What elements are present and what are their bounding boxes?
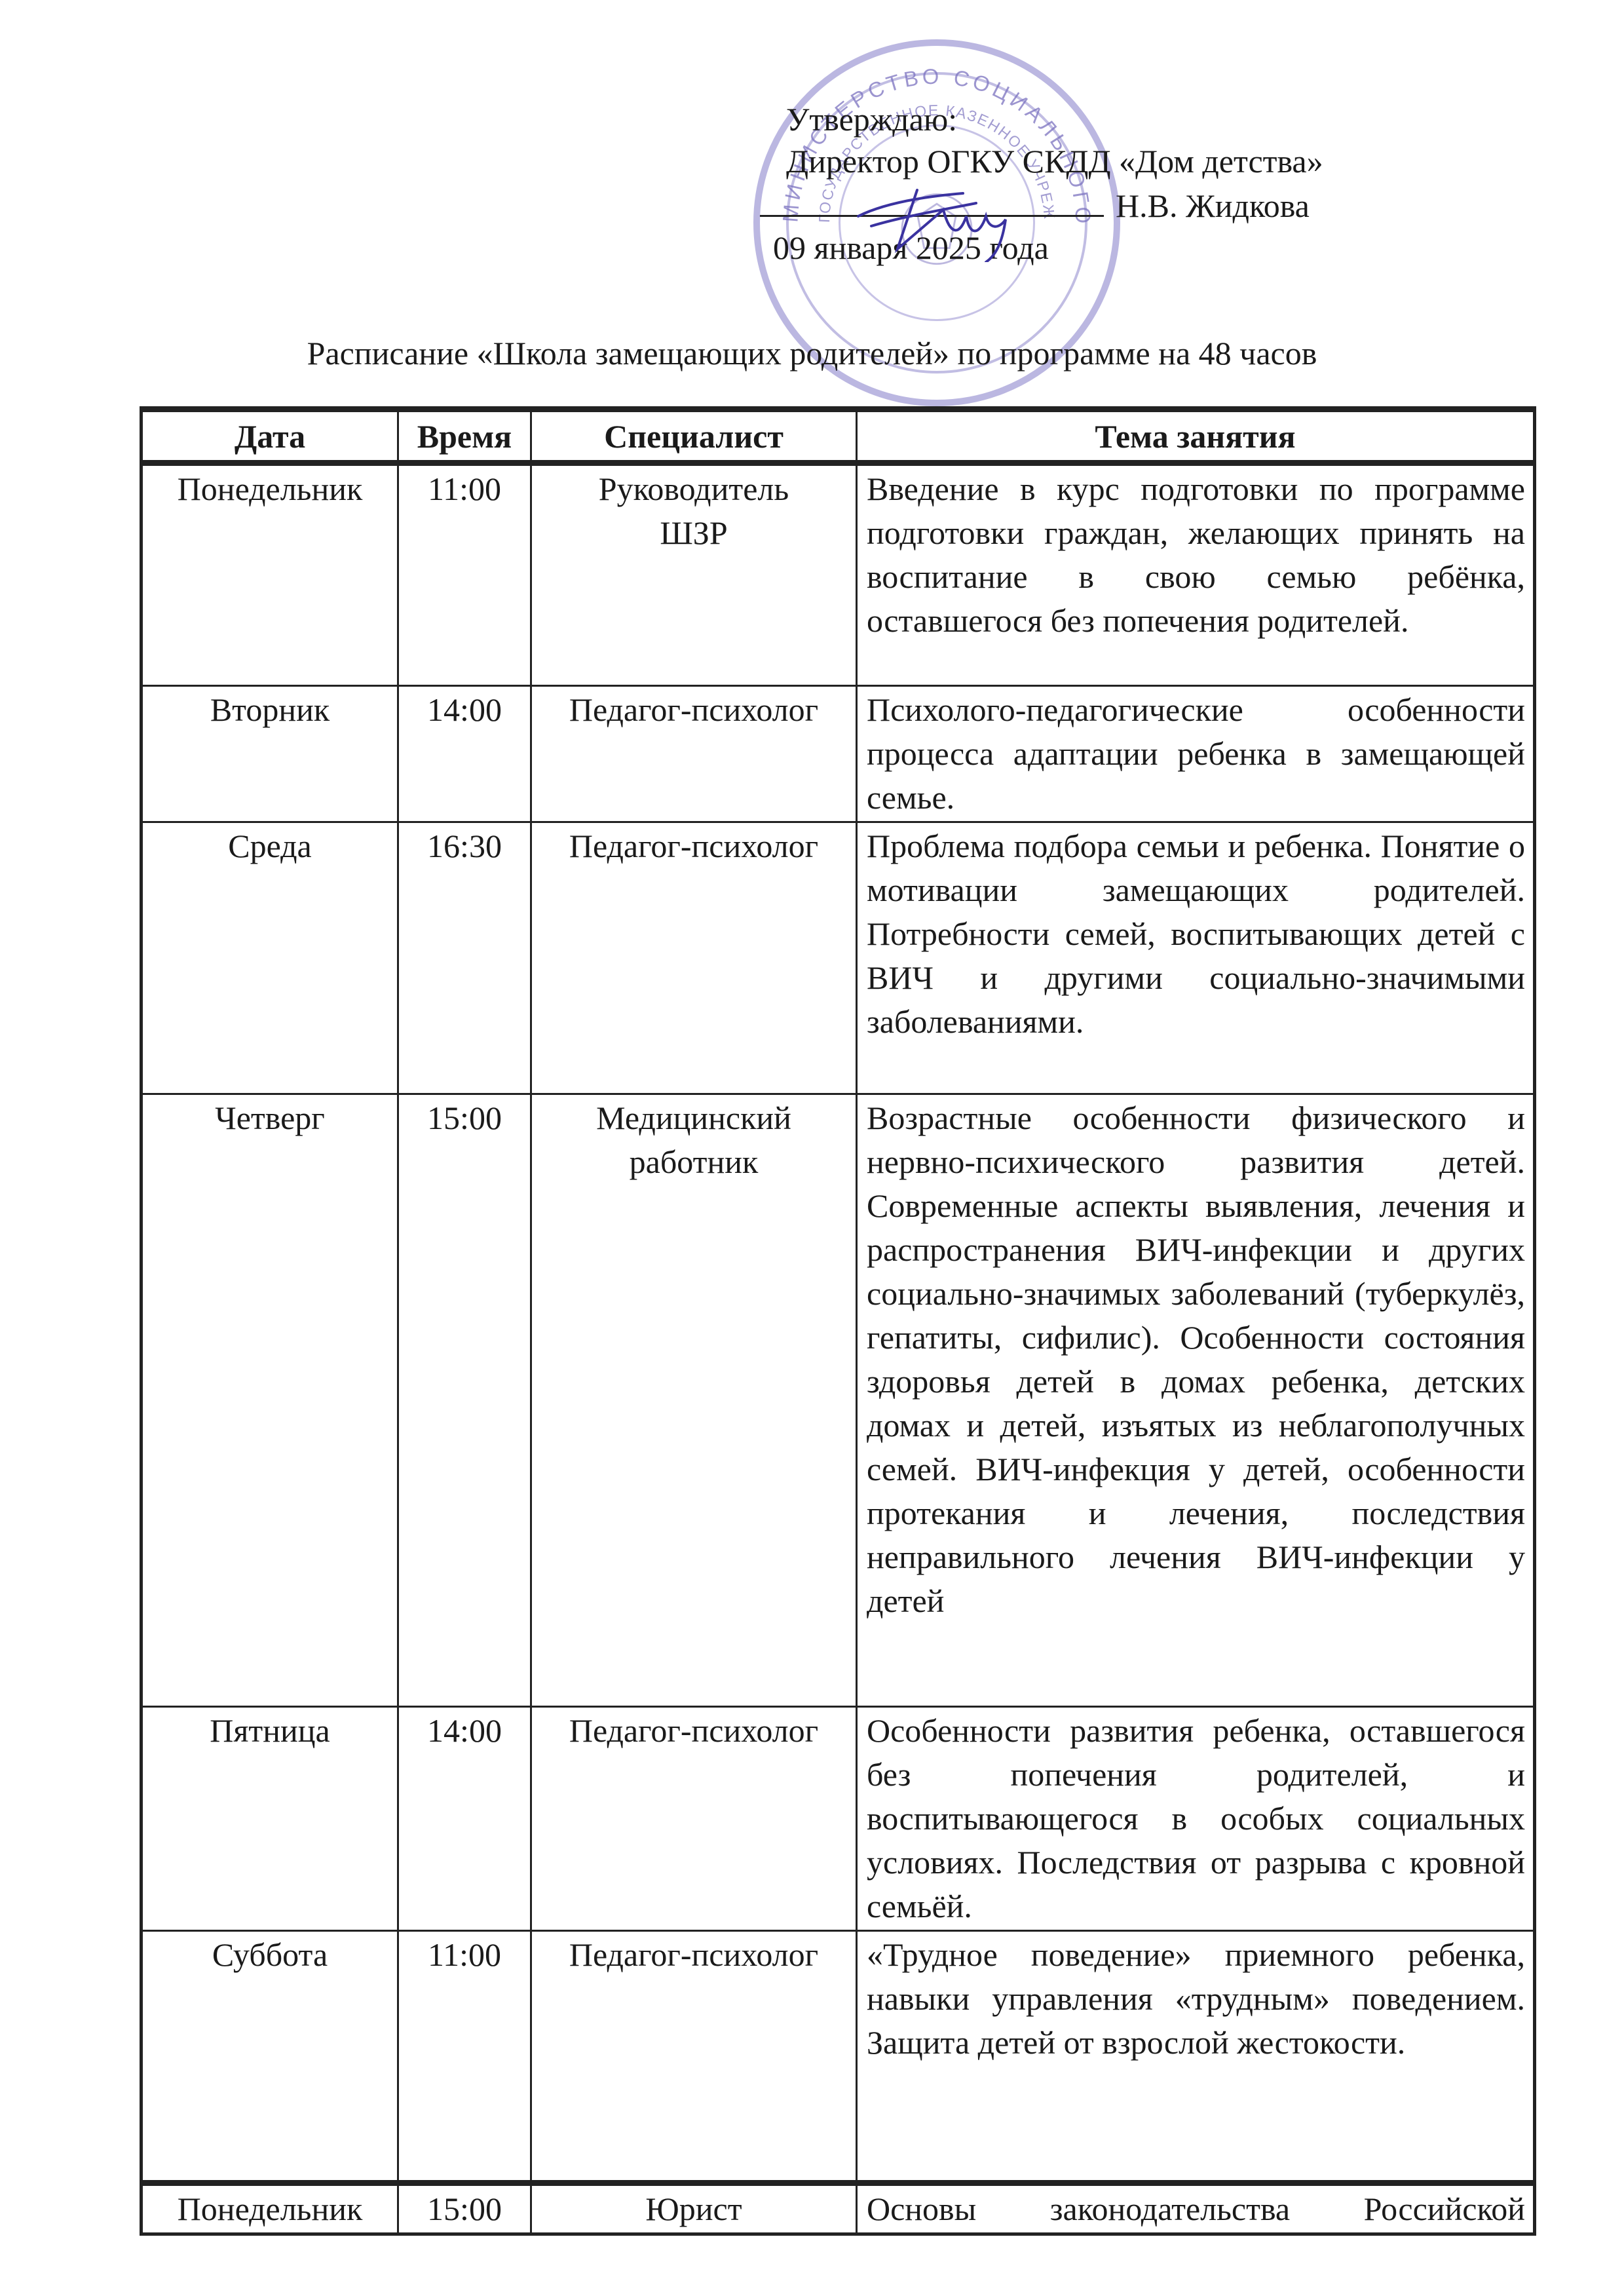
schedule-table: Дата Время Специалист Тема занятия Понед… xyxy=(140,406,1536,2236)
column-header-specialist: Специалист xyxy=(531,410,857,463)
cell-day: Понедельник xyxy=(142,463,398,686)
cell-specialist: Педагог-психолог xyxy=(531,1707,857,1931)
table-row: Понедельник 11:00 Руководитель ШЗР Введе… xyxy=(142,463,1535,686)
cell-time: 14:00 xyxy=(398,686,531,822)
cell-day: Понедельник xyxy=(142,2183,398,2234)
cell-time: 15:00 xyxy=(398,2183,531,2234)
cell-day: Суббота xyxy=(142,1931,398,2183)
cell-topic: Проблема подбора семьи и ребенка. Поняти… xyxy=(857,822,1535,1094)
cell-time: 11:00 xyxy=(398,1931,531,2183)
cell-specialist: Педагог-психолог xyxy=(531,686,857,822)
cell-topic: Введение в курс подготовки по программе … xyxy=(857,463,1535,686)
cell-specialist: Педагог-психолог xyxy=(531,822,857,1094)
document-title: Расписание «Школа замещающих родителей» … xyxy=(0,334,1624,372)
column-header-time: Время xyxy=(398,410,531,463)
cell-time: 15:00 xyxy=(398,1094,531,1707)
table-row: Вторник 14:00 Педагог-психолог Психолого… xyxy=(142,686,1535,822)
table-row: Понедельник 15:00 Юрист Основы законодат… xyxy=(142,2183,1535,2234)
approve-label: Утверждаю: xyxy=(760,98,1323,140)
cell-time: 11:00 xyxy=(398,463,531,686)
table-row: Суббота 11:00 Педагог-психолог «Трудное … xyxy=(142,1931,1535,2183)
column-header-topic: Тема занятия xyxy=(857,410,1535,463)
cell-topic: «Трудное поведение» приемного ребенка, н… xyxy=(857,1931,1535,2183)
table-row: Пятница 14:00 Педагог-психолог Особеннос… xyxy=(142,1707,1535,1931)
cell-specialist: Юрист xyxy=(531,2183,857,2234)
cell-time: 16:30 xyxy=(398,822,531,1094)
column-header-date: Дата xyxy=(142,410,398,463)
table-header-row: Дата Время Специалист Тема занятия xyxy=(142,410,1535,463)
director-name: Н.В. Жидкова xyxy=(1116,187,1310,224)
cell-time: 14:00 xyxy=(398,1707,531,1931)
cell-topic: Особенности развития ребенка, оставшегос… xyxy=(857,1707,1535,1931)
cell-day: Пятница xyxy=(142,1707,398,1931)
cell-day: Четверг xyxy=(142,1094,398,1707)
table-row: Среда 16:30 Педагог-психолог Проблема по… xyxy=(142,822,1535,1094)
cell-specialist: Педагог-психолог xyxy=(531,1931,857,2183)
table-row: Четверг 15:00 Медицинский работник Возра… xyxy=(142,1094,1535,1707)
cell-topic: Психолого-педагогические особенности про… xyxy=(857,686,1535,822)
cell-specialist: Медицинский работник xyxy=(531,1094,857,1707)
cell-topic: Возрастные особенности физического и нер… xyxy=(857,1094,1535,1707)
cell-day: Среда xyxy=(142,822,398,1094)
cell-day: Вторник xyxy=(142,686,398,822)
cell-specialist: Руководитель ШЗР xyxy=(531,463,857,686)
cell-topic: Основы законодательства Российской xyxy=(857,2183,1535,2234)
signature-icon xyxy=(845,164,1042,262)
